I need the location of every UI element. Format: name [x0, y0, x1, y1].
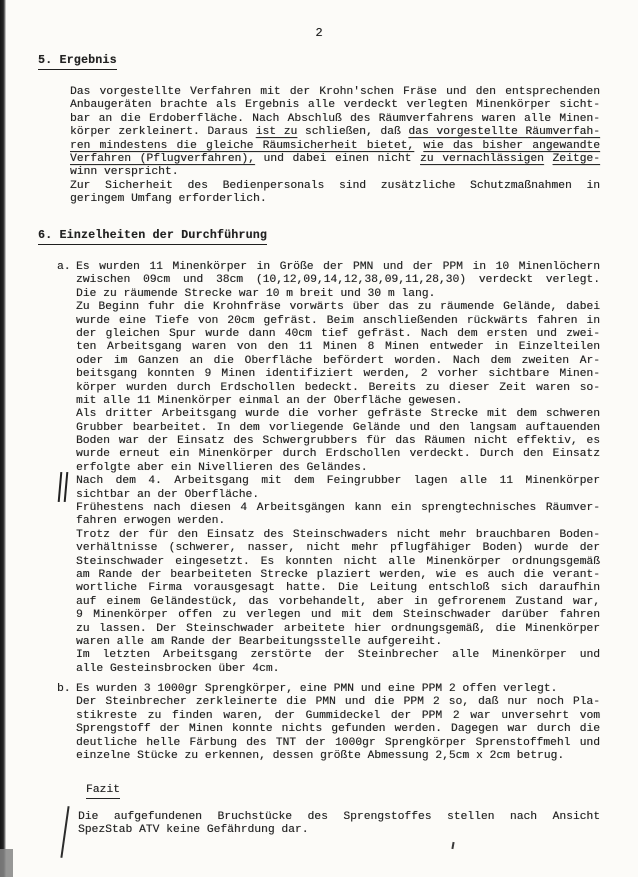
underlined-text: das vorgestellte Räumverfah- — [408, 126, 600, 138]
underlined-text: ist zu — [256, 126, 298, 138]
text-line: wurde erneut ein Minenkörper durch Erdsc… — [76, 448, 600, 461]
text-segment: auf einem Geländestück, das vorbehandelt… — [76, 596, 600, 608]
section5-heading: 5. Ergebnis — [38, 54, 117, 70]
text-line: zu lassen. Der Steinschwader arbeitete h… — [76, 623, 600, 636]
text-segment: Trotz der für den Einsatz des Steinschwa… — [76, 529, 600, 541]
scan-edge-shadow-bottom-left — [0, 849, 13, 877]
text-segment: Im letzten Arbeitsgang zerstörte der Ste… — [76, 649, 600, 661]
text-segment: Zu Beginn fuhr die Krohnfräse vorwärts ü… — [76, 301, 600, 313]
text-line: Die aufgefundenen Bruchstücke des Spreng… — [78, 811, 600, 824]
text-segment: Sprengstoff der Minen konnte nichts gefu… — [76, 723, 600, 735]
text-segment: deutliche helle Färbung des TNT der 1000… — [76, 737, 600, 749]
text-line: ten Arbeitsgang waren von den 11 Minen 8… — [76, 341, 600, 354]
text-segment: wurde eine Tiefe von 20cm gefräst. Beim … — [76, 315, 600, 327]
text-segment: Nach dem 4. Arbeitsgang mit dem Feingrub… — [76, 475, 600, 487]
text-segment: Das vorgestellte Verfahren mit der Krohn… — [70, 86, 600, 98]
text-line: Zur Sicherheit des Bedienpersonals sind … — [70, 180, 600, 193]
section5-paragraph-2: Zur Sicherheit des Bedienpersonals sind … — [70, 180, 600, 207]
text-segment: und dabei einen nicht — [255, 153, 420, 165]
text-segment: zwischen 09cm und 38cm (10,12,09,14,12,3… — [76, 274, 600, 286]
text-segment: erfolgte aber ein Nivellieren des Geländ… — [76, 462, 368, 474]
text-line: körper zerkleinert. Daraus ist zu schlie… — [70, 126, 600, 139]
text-segment: Es wurden 3 1000gr Sprengkörper, eine PM… — [76, 683, 557, 695]
text-segment: oder im Ganzen an die Oberfläche beförde… — [76, 355, 600, 367]
text-line: der gleichen Spur wurde dann 40cm tief g… — [76, 328, 600, 341]
text-line: Es wurden 11 Minenkörper in Größe der PM… — [76, 261, 600, 274]
text-line: verhältnisse (schwerer, nasser, nicht me… — [76, 542, 600, 555]
fazit-paragraph: Die aufgefundenen Bruchstücke des Spreng… — [78, 811, 600, 838]
text-segment: 9 Minenkörper offen zu verlegen und mit … — [76, 609, 600, 621]
text-segment: ten Arbeitsgang waren von den 11 Minen 8… — [76, 341, 600, 353]
text-segment: am Rande der bearbeiteten Strecke plazie… — [76, 569, 600, 581]
text-line: fahren erwogen werden. — [76, 515, 600, 528]
item-b-label: b. — [57, 683, 77, 695]
text-segment — [414, 140, 423, 152]
text-segment: Die zu räumende Strecke war 10 m breit u… — [76, 288, 435, 300]
text-line: Im letzten Arbeitsgang zerstörte der Ste… — [76, 649, 600, 662]
text-line: Der Steinbrecher zerkleinerte die PMN un… — [76, 696, 600, 709]
text-segment — [544, 153, 553, 165]
text-segment: beitsgang konnten 9 Minen identifiziert … — [76, 368, 600, 380]
text-segment: Zur Sicherheit des Bedienpersonals sind … — [70, 180, 600, 192]
text-segment: Frühestens nach diesen 4 Arbeitsgängen k… — [76, 502, 600, 514]
text-line: beitsgang konnten 9 Minen identifiziert … — [76, 368, 600, 381]
text-line: Grubber bearbeitet. In dem vorliegende G… — [76, 422, 600, 435]
underlined-text: Verfahren (Pflugverfahren), — [70, 153, 255, 165]
text-line: mit alle 11 Minenkörper einmal an der Ob… — [76, 395, 600, 408]
text-line: Die zu räumende Strecke war 10 m breit u… — [76, 288, 600, 301]
text-segment: winn verspricht. — [70, 166, 178, 178]
text-line: 9 Minenkörper offen zu verlegen und mit … — [76, 609, 600, 622]
text-segment: wortliche Firma vorausgesagt hatte. Die … — [76, 582, 600, 594]
text-segment: Der Steinbrecher zerkleinerte die PMN un… — [76, 696, 600, 708]
text-segment: Als dritter Arbeitsgang wurde die vorher… — [76, 408, 600, 420]
text-line: Verfahren (Pflugverfahren), und dabei ei… — [70, 153, 600, 166]
text-line: Als dritter Arbeitsgang wurde die vorher… — [76, 408, 600, 421]
text-line: stikreste zu finden waren, der Gummideck… — [76, 710, 600, 723]
text-segment: fahren erwogen werden. — [76, 515, 225, 527]
text-segment: Grubber bearbeitet. In dem vorliegende G… — [76, 422, 600, 434]
text-line: Es wurden 3 1000gr Sprengkörper, eine PM… — [76, 683, 600, 696]
text-line: Boden war der Einsatz des Schwergrubbers… — [76, 435, 600, 448]
item-b-text: Es wurden 3 1000gr Sprengkörper, eine PM… — [76, 683, 600, 763]
text-segment: Boden war der Einsatz des Schwergrubbers… — [76, 435, 600, 447]
text-segment: verhältnisse (schwerer, nasser, nicht me… — [76, 542, 600, 554]
text-line: einzelne Stücke zu erkennen, dessen größ… — [76, 750, 600, 763]
item-a-text: Es wurden 11 Minenkörper in Größe der PM… — [76, 261, 600, 676]
text-segment: körper wurden durch Erdschollen bedeckt.… — [76, 382, 600, 394]
section6-heading: 6. Einzelheiten der Durchführung — [38, 229, 267, 245]
text-line: bar an die Erdoberfläche. Nach Abschluß … — [70, 113, 600, 126]
text-line: Anbaugeräten brachte als Ergebnis alle v… — [70, 99, 600, 112]
ink-speck-artifact — [451, 842, 454, 849]
text-line: Frühestens nach diesen 4 Arbeitsgängen k… — [76, 502, 600, 515]
text-line: Trotz der für den Einsatz des Steinschwa… — [76, 529, 600, 542]
text-segment: bar an die Erdoberfläche. Nach Abschluß … — [70, 113, 600, 125]
text-line: auf einem Geländestück, das vorbehandelt… — [76, 596, 600, 609]
underlined-text: ren mindestens die gleiche Räumsicherhei… — [70, 140, 414, 152]
fazit-heading: Fazit — [86, 784, 120, 799]
text-segment: sichtbar an der Oberfläche. — [76, 489, 259, 501]
text-segment: zu lassen. Der Steinschwader arbeitete h… — [76, 623, 600, 635]
text-segment: wurde erneut ein Minenkörper durch Erdsc… — [76, 448, 600, 460]
text-line: oder im Ganzen an die Oberfläche beförde… — [76, 355, 600, 368]
text-segment: einzelne Stücke zu erkennen, dessen größ… — [76, 750, 564, 762]
underlined-text: Zeitge- — [553, 153, 600, 165]
text-line: Steinschwader eingesetzt. Es konnten nic… — [76, 556, 600, 569]
text-segment: stikreste zu finden waren, der Gummideck… — [76, 710, 600, 722]
text-line: zwischen 09cm und 38cm (10,12,09,14,12,3… — [76, 274, 600, 287]
text-line: wurde eine Tiefe von 20cm gefräst. Beim … — [76, 315, 600, 328]
item-a-label: a. — [57, 261, 77, 273]
margin-mark-slash — [60, 806, 69, 858]
document-page: 2 5. Ergebnis Das vorgestellte Verfahren… — [0, 0, 638, 877]
text-line: wortliche Firma vorausgesagt hatte. Die … — [76, 582, 600, 595]
text-line: erfolgte aber ein Nivellieren des Geländ… — [76, 462, 600, 475]
underlined-text: wie das bisher angewandte — [423, 140, 600, 152]
text-line: Zu Beginn fuhr die Krohnfräse vorwärts ü… — [76, 301, 600, 314]
text-line: deutliche helle Färbung des TNT der 1000… — [76, 737, 600, 750]
text-segment: Die aufgefundenen Bruchstücke des Spreng… — [78, 811, 600, 823]
underlined-text: zu vernachlässigen — [420, 153, 544, 165]
text-line: sichtbar an der Oberfläche. — [76, 489, 600, 502]
text-segment: schließen, daß — [297, 126, 408, 138]
text-segment: alle Gesteinsbrocken über 4cm. — [76, 663, 279, 675]
text-segment: Steinschwader eingesetzt. Es konnten nic… — [76, 556, 600, 568]
text-segment: SpezStab ATV keine Gefährdung dar. — [78, 824, 309, 836]
text-segment: geringem Umfang erforderlich. — [70, 193, 267, 205]
text-segment: mit alle 11 Minenkörper einmal an der Ob… — [76, 395, 462, 407]
text-line: Nach dem 4. Arbeitsgang mit dem Feingrub… — [76, 475, 600, 488]
page-number: 2 — [0, 26, 638, 40]
text-line: alle Gesteinsbrocken über 4cm. — [76, 663, 600, 676]
text-segment: körper zerkleinert. Daraus — [70, 126, 256, 138]
text-line: am Rande der bearbeiteten Strecke plazie… — [76, 569, 600, 582]
text-line: SpezStab ATV keine Gefährdung dar. — [78, 824, 600, 837]
text-segment: der gleichen Spur wurde dann 40cm tief g… — [76, 328, 600, 340]
text-line: Das vorgestellte Verfahren mit der Krohn… — [70, 86, 600, 99]
margin-mark-double-bar — [59, 472, 69, 502]
text-segment: waren alle am Rande der Bearbeitungsstel… — [76, 636, 442, 648]
text-line: geringem Umfang erforderlich. — [70, 193, 600, 206]
section5-paragraph-1: Das vorgestellte Verfahren mit der Krohn… — [70, 86, 600, 180]
text-line: körper wurden durch Erdschollen bedeckt.… — [76, 382, 600, 395]
scan-edge-shadow-left — [0, 0, 6, 877]
text-line: winn verspricht. — [70, 166, 600, 179]
text-line: Sprengstoff der Minen konnte nichts gefu… — [76, 723, 600, 736]
text-segment: Anbaugeräten brachte als Ergebnis alle v… — [70, 99, 600, 111]
text-segment: Es wurden 11 Minenkörper in Größe der PM… — [76, 261, 600, 273]
text-line: ren mindestens die gleiche Räumsicherhei… — [70, 140, 600, 153]
text-line: waren alle am Rande der Bearbeitungsstel… — [76, 636, 600, 649]
